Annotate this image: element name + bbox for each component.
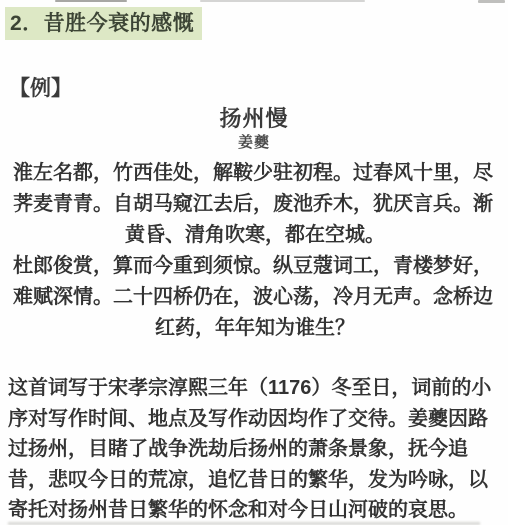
poem-line: 杜郎俊赏，算而今重到须惊。纵豆蔻词工，青楼梦好， <box>13 251 497 282</box>
analysis-line: 昔，悲叹今日的荒凉，追忆昔日的繁华，发为吟咏，以 <box>8 465 500 496</box>
poem-author: 姜夔 <box>0 131 508 152</box>
analysis-line: 序对写作时间、地点及写作动因均作了交待。姜夔因路 <box>8 404 500 435</box>
cutoff-text-fragment <box>478 0 505 3</box>
analysis-paragraph: 这首词写于宋孝宗淳熙三年（1176）冬至日，词前的小 序对写作时间、地点及写作动… <box>8 373 500 525</box>
document-page: 2．昔胜今衰的感慨 【例】 扬州慢 姜夔 淮左名都，竹西佳处，解鞍少驻初程。过春… <box>0 0 508 525</box>
poem-body: 淮左名都，竹西佳处，解鞍少驻初程。过春风十里，尽 荠麦青青。自胡马窥江去后，废池… <box>13 158 497 344</box>
analysis-line: 寄托对扬州昔日繁华的怀念和对今日山河破的哀思。 <box>8 495 500 525</box>
analysis-line: 过扬州，目睹了战争洗劫后扬州的萧条景象，抚今追 <box>8 434 500 465</box>
poem-line: 红药，年年知为谁生？ <box>13 313 497 344</box>
cutoff-text-fragment <box>200 0 365 2</box>
poem-line: 难赋深情。二十四桥仍在，波心荡，冷月无声。念桥边 <box>13 282 497 313</box>
cutoff-text-fragment <box>55 0 127 2</box>
analysis-line: 这首词写于宋孝宗淳熙三年（1176）冬至日，词前的小 <box>8 373 500 404</box>
poem-line: 荠麦青青。自胡马窥江去后，废池乔木，犹厌言兵。渐 <box>13 189 497 220</box>
poem-title: 扬州慢 <box>0 102 508 133</box>
section-heading: 2．昔胜今衰的感慨 <box>5 7 202 40</box>
poem-line: 淮左名都，竹西佳处，解鞍少驻初程。过春风十里，尽 <box>13 158 497 189</box>
poem-line: 黄昏、清角吹寒，都在空城。 <box>13 220 497 251</box>
example-label: 【例】 <box>9 72 72 102</box>
